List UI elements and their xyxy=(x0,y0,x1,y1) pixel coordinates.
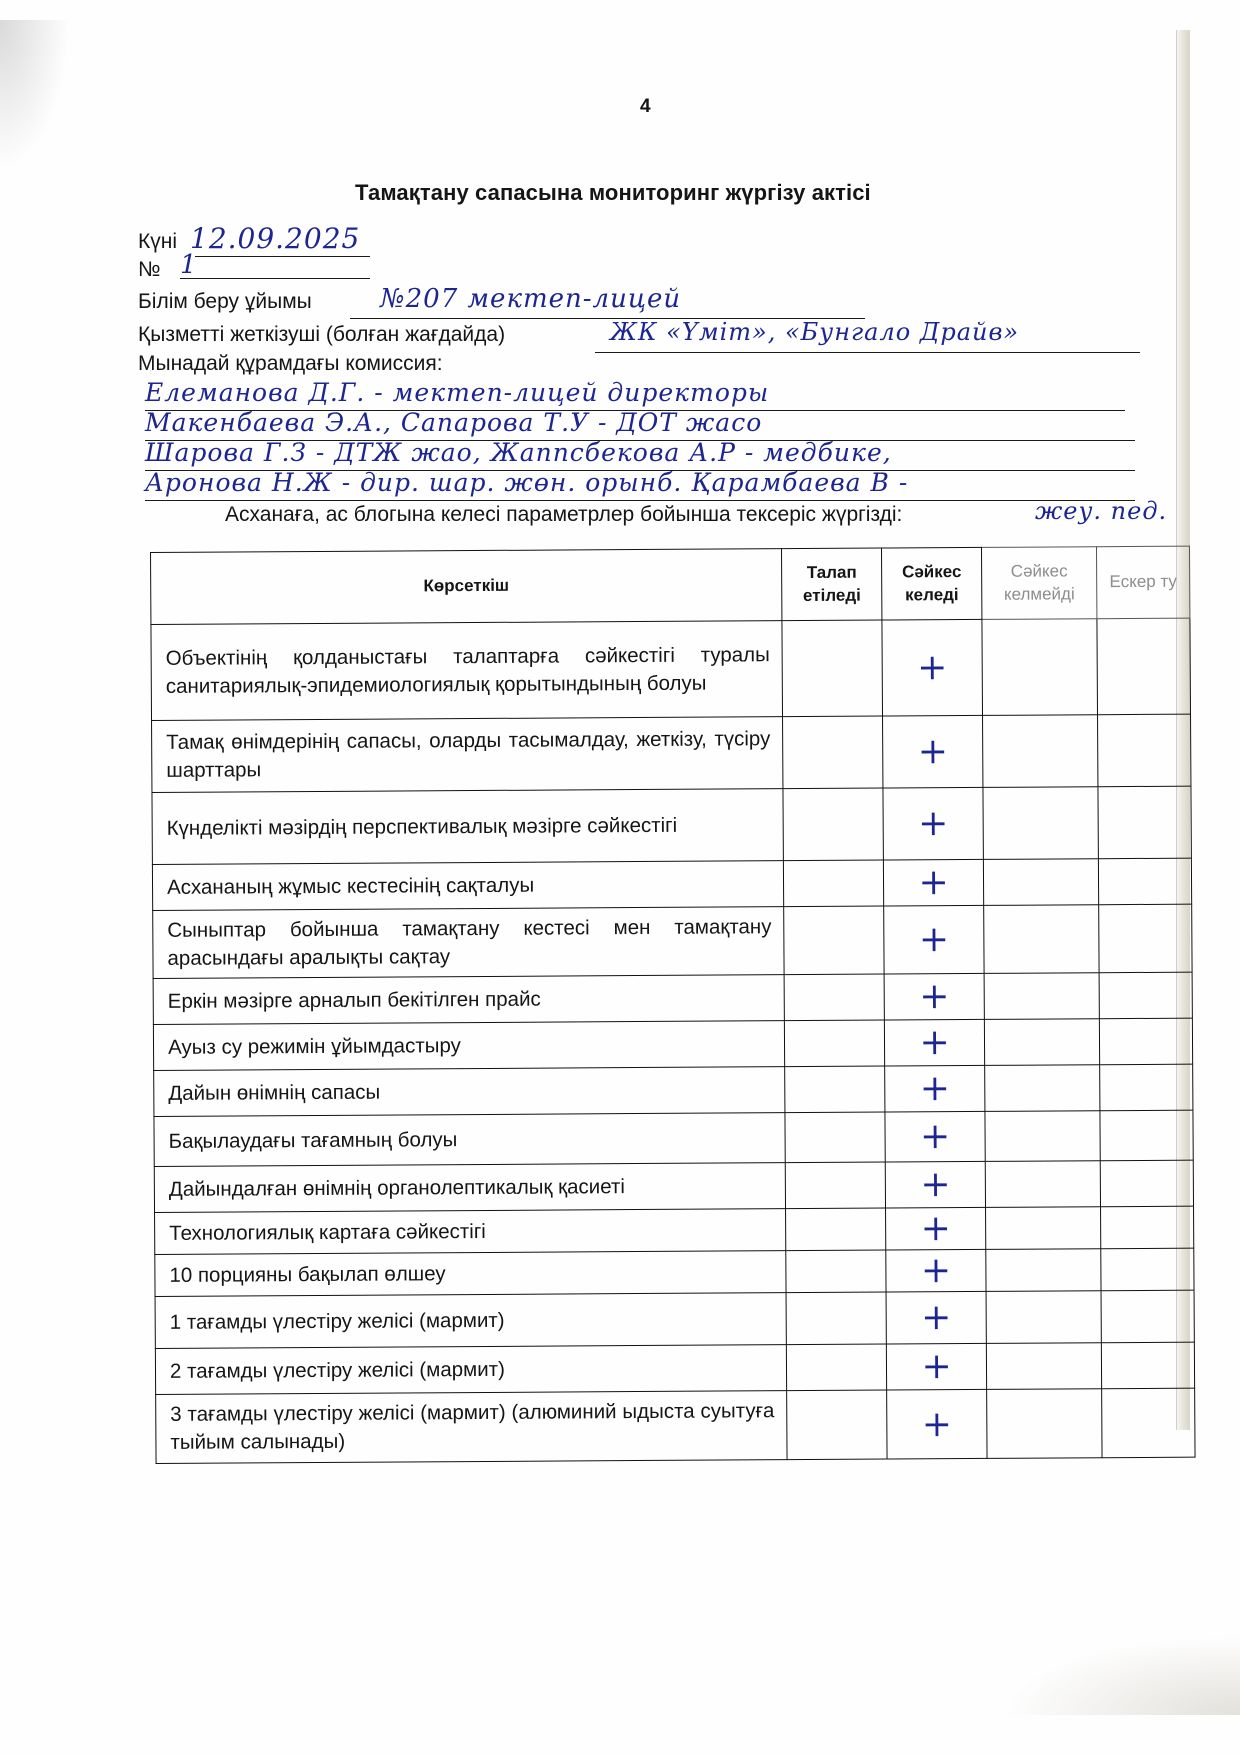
criterion-cell: 1 тағамды үлестіру желісі (мармит) xyxy=(155,1293,786,1349)
required-cell xyxy=(785,1066,885,1113)
table-row: Бақылаудағы тағамның болуы+ xyxy=(154,1110,1193,1166)
table-row: 10 порцияны бақылап өлшеу+ xyxy=(155,1248,1194,1296)
criterion-cell: Бақылаудағы тағамның болуы xyxy=(154,1113,785,1167)
required-cell xyxy=(783,788,883,861)
commission-line: Макенбаева Э.А., Сапарова Т.У - ДОТ жасо xyxy=(145,408,762,437)
note-cell xyxy=(1099,972,1192,1019)
criterion-cell: Еркін мәзірге арналып бекітілген прайс xyxy=(153,975,784,1025)
supplier-value: ЖК «Үміт», «Бунгало Драйв» xyxy=(610,318,1019,346)
table-header-row: КөрсеткішТалап етіледіСәйкес келедіСәйке… xyxy=(151,546,1190,624)
compliant-cell: + xyxy=(887,1390,987,1459)
organization-label: Білім беру ұйымы xyxy=(138,290,312,314)
note-cell xyxy=(1099,904,1192,973)
table-row: Объектінің қолданыстағы талаптарға сәйке… xyxy=(151,618,1191,720)
scanned-page: 4 Тамақтану сапасына мониторинг жүргізу … xyxy=(0,0,1240,1755)
non-compliant-cell xyxy=(987,1389,1102,1458)
criterion-cell: 2 тағамды үлестіру желісі (мармит) xyxy=(155,1345,786,1395)
non-compliant-cell xyxy=(986,1249,1101,1292)
required-cell xyxy=(784,974,884,1021)
criterion-cell: Сыныптар бойынша тамақтану кестесі мен т… xyxy=(153,907,785,979)
compliant-cell: + xyxy=(886,1250,986,1293)
criterion-cell: Дайындалған өнімнің органолептикалық қас… xyxy=(154,1163,785,1213)
note-cell xyxy=(1097,618,1191,715)
table-row: 1 тағамды үлестіру желісі (мармит)+ xyxy=(155,1290,1194,1348)
note-cell xyxy=(1101,1248,1194,1291)
non-compliant-cell xyxy=(983,859,1098,906)
date-underline xyxy=(195,256,370,257)
date-label: Күні xyxy=(138,230,177,254)
compliant-cell: + xyxy=(885,1066,985,1113)
required-cell xyxy=(784,860,884,907)
compliant-cell: + xyxy=(885,1112,985,1163)
non-compliant-cell xyxy=(984,1019,1099,1066)
table-body: Объектінің қолданыстағы талаптарға сәйке… xyxy=(151,618,1195,1463)
required-cell xyxy=(786,1208,886,1251)
act-number-underline xyxy=(180,278,370,279)
table-row: Асхананың жұмыс кестесінің сақталуы+ xyxy=(152,858,1191,910)
table-row: 2 тағамды үлестіру желісі (мармит)+ xyxy=(155,1342,1194,1394)
supplier-underline xyxy=(595,352,1140,353)
required-cell xyxy=(785,1020,885,1067)
organization-value: №207 мектеп-лицей xyxy=(380,284,681,314)
inspection-value: жеу. пед. xyxy=(1035,497,1167,525)
supplier-label: Қызметті жеткізуші (болған жағдайда) xyxy=(138,323,505,347)
criterion-cell: Асхананың жұмыс кестесінің сақталуы xyxy=(152,861,783,911)
required-cell xyxy=(785,1162,885,1209)
required-cell xyxy=(786,1250,886,1293)
note-cell xyxy=(1101,1290,1194,1343)
non-compliant-cell xyxy=(983,787,1098,860)
table-row: Еркін мәзірге арналып бекітілген прайс+ xyxy=(153,972,1192,1024)
column-header: Талап етіледі xyxy=(782,548,882,621)
compliant-cell: + xyxy=(882,619,983,716)
column-header: Сәйкес келмейді xyxy=(982,547,1097,620)
compliant-cell: + xyxy=(886,1344,986,1391)
compliant-cell: + xyxy=(886,1292,986,1345)
non-compliant-cell xyxy=(986,1291,1101,1344)
commission-line: Аронова Н.Ж - дир. шар. жөн. орынб. Қара… xyxy=(145,468,908,497)
note-cell xyxy=(1102,1388,1195,1457)
scan-smudge-bottom xyxy=(1000,1635,1240,1715)
compliant-cell: + xyxy=(884,905,984,974)
note-cell xyxy=(1099,1018,1192,1065)
commission-label: Мынадай құрамдағы комиссия: xyxy=(138,352,443,376)
compliant-cell: + xyxy=(885,1162,985,1209)
criterion-cell: Ауыз су режимін ұйымдастыру xyxy=(153,1021,784,1071)
non-compliant-cell xyxy=(983,715,1098,788)
date-value: 12.09.2025 xyxy=(190,222,360,255)
criterion-cell: 3 тағамды үлестіру желісі (мармит) (алюм… xyxy=(156,1391,788,1463)
note-cell xyxy=(1098,858,1191,905)
compliant-cell: + xyxy=(883,715,983,788)
compliant-cell: + xyxy=(884,1020,984,1067)
commission-underline xyxy=(145,500,1135,501)
commission-line: Елеманова Д.Г. - мектеп-лицей директоры xyxy=(145,378,769,407)
table-row: Ауыз су режимін ұйымдастыру+ xyxy=(153,1018,1192,1070)
column-header: Ескер ту xyxy=(1097,546,1190,619)
non-compliant-cell xyxy=(986,1343,1101,1390)
non-compliant-cell xyxy=(984,973,1099,1020)
non-compliant-cell xyxy=(986,1207,1101,1250)
note-cell xyxy=(1100,1064,1193,1111)
required-cell xyxy=(785,1112,885,1163)
note-cell xyxy=(1101,1206,1194,1249)
table-row: Дайындалған өнімнің органолептикалық қас… xyxy=(154,1160,1193,1212)
criterion-cell: 10 порцияны бақылап өлшеу xyxy=(155,1251,786,1297)
criterion-cell: Технологиялық картаға сәйкестігі xyxy=(155,1209,786,1255)
required-cell xyxy=(784,906,884,975)
column-header: Сәйкес келеді xyxy=(882,547,982,620)
required-cell xyxy=(787,1390,887,1459)
required-cell xyxy=(786,1292,886,1345)
act-number-value: 1 xyxy=(180,250,198,280)
document-title: Тамақтану сапасына мониторинг жүргізу ак… xyxy=(355,180,871,206)
non-compliant-cell xyxy=(985,1111,1100,1162)
compliant-cell: + xyxy=(884,859,984,906)
page-number: 4 xyxy=(640,96,651,118)
note-cell xyxy=(1098,786,1191,859)
table-row: Технологиялық картаға сәйкестігі+ xyxy=(155,1206,1194,1254)
column-header: Көрсеткіш xyxy=(151,549,783,625)
required-cell xyxy=(783,716,883,789)
commission-line: Шарова Г.З - ДТЖ жао, Жаппсбекова А.Р - … xyxy=(145,438,892,467)
compliant-cell: + xyxy=(884,974,984,1021)
inspection-label: Асханаға, ас блогына келесі параметрлер … xyxy=(225,503,902,527)
non-compliant-cell xyxy=(984,905,1099,974)
note-cell xyxy=(1098,714,1191,787)
criterion-cell: Дайын өнімнің сапасы xyxy=(154,1067,785,1117)
table-row: Күнделікті мәзірдің перспективалық мәзір… xyxy=(152,786,1191,864)
required-cell xyxy=(782,620,883,717)
table-row: Тамақ өнімдерінің сапасы, оларды тасымал… xyxy=(152,714,1191,792)
table-row: Сыныптар бойынша тамақтану кестесі мен т… xyxy=(153,904,1192,979)
table-row: 3 тағамды үлестіру желісі (мармит) (алюм… xyxy=(156,1388,1195,1463)
note-cell xyxy=(1100,1160,1193,1207)
criterion-cell: Объектінің қолданыстағы талаптарға сәйке… xyxy=(151,621,783,721)
non-compliant-cell xyxy=(982,619,1098,716)
checklist-table: КөрсеткішТалап етіледіСәйкес келедіСәйке… xyxy=(150,546,1196,1464)
compliant-cell: + xyxy=(883,787,983,860)
scan-smudge xyxy=(0,20,70,170)
note-cell xyxy=(1100,1110,1193,1161)
note-cell xyxy=(1101,1342,1194,1389)
compliant-cell: + xyxy=(886,1208,986,1251)
required-cell xyxy=(787,1344,887,1391)
non-compliant-cell xyxy=(985,1161,1100,1208)
act-number-label: № xyxy=(138,258,161,282)
criterion-cell: Күнделікті мәзірдің перспективалық мәзір… xyxy=(152,789,784,865)
non-compliant-cell xyxy=(985,1065,1100,1112)
table-row: Дайын өнімнің сапасы+ xyxy=(154,1064,1193,1116)
criterion-cell: Тамақ өнімдерінің сапасы, оларды тасымал… xyxy=(152,717,784,793)
